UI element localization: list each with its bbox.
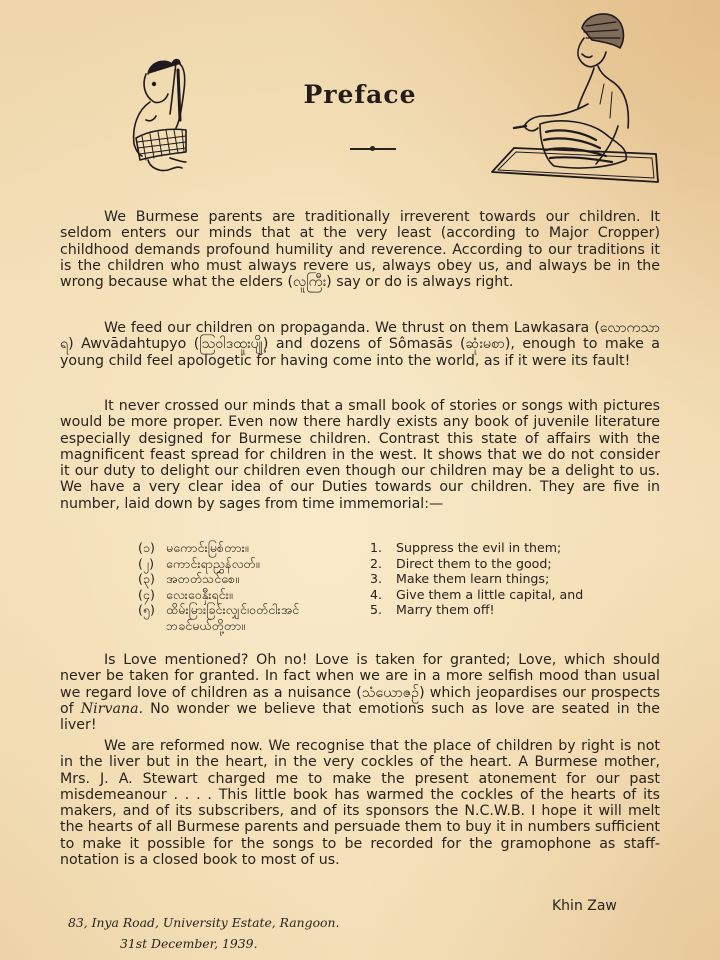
duty-text: ထိမ်းမြားခြင်းလျှင်၊ဝတ်ငါးအင် <box>166 602 299 618</box>
duty-english-item: 3. Make them learn things; <box>370 571 610 587</box>
duty-text: Direct them to the good; <box>396 556 552 572</box>
document-page: Preface <box>0 0 720 960</box>
duty-text: Marry them off! <box>396 602 495 618</box>
duty-burmese-item: (၅) ထိမ်းမြားခြင်းလျှင်၊ဝတ်ငါးအင် <box>138 602 358 618</box>
paragraph-text-part: No wonder we believe that emotions such … <box>60 701 660 733</box>
duty-text: လေးဝေနှီးရင်း။ <box>166 587 233 603</box>
duties-burmese-column: (၁) မကောင်းမြစ်တား။ (၂) ကောင်းရာညွှန်လတ်… <box>138 540 358 633</box>
duty-number: 5. <box>370 602 396 618</box>
duty-burmese-item: (၄) လေးဝေနှီးရင်း။ <box>138 587 358 603</box>
duty-burmese-item: (၃) အတတ်သင်စေ။ <box>138 571 358 587</box>
duty-text: အတတ်သင်စေ။ <box>166 571 239 587</box>
duty-burmese-item: (၂) ကောင်းရာညွှန်လတ်။ <box>138 556 358 572</box>
author-address: 83, Inya Road, University Estate, Rangoo… <box>68 912 339 954</box>
emphasis-nirvana: Nirvana. <box>81 701 143 717</box>
paragraph-text: It never crossed our minds that a small … <box>60 398 660 512</box>
seated-elder-icon <box>478 8 668 188</box>
duty-burmese-item: (၁) မကောင်းမြစ်တား။ <box>138 540 358 556</box>
duty-number: 2. <box>370 556 396 572</box>
duty-text: ဘခင်မယ်တို့တာ။ <box>166 618 245 634</box>
paragraph-text: Is Love mentioned? Oh no! Love is taken … <box>60 652 660 733</box>
duty-text: Suppress the evil in them; <box>396 540 561 556</box>
duty-english-item: 2. Direct them to the good; <box>370 556 610 572</box>
child-illustration <box>120 50 210 180</box>
duty-english-item: 4. Give them a little capital, and <box>370 587 610 603</box>
address-line: 83, Inya Road, University Estate, Rangoo… <box>68 915 339 930</box>
duty-text: ကောင်းရာညွှန်လတ်။ <box>166 556 260 572</box>
paragraph-1: We Burmese parents are traditionally irr… <box>60 209 660 290</box>
duty-text: Give them a little capital, and <box>396 587 583 603</box>
author-signature: Khin Zaw <box>552 898 617 914</box>
duty-english-item: 1. Suppress the evil in them; <box>370 540 610 556</box>
duty-text: Make them learn things; <box>396 571 549 587</box>
paragraph-text: We Burmese parents are traditionally irr… <box>60 209 660 290</box>
duty-number: (၁) <box>138 540 166 556</box>
preface-date: 31st December, 1939. <box>68 933 339 954</box>
duty-number: 3. <box>370 571 396 587</box>
duty-number: (၃) <box>138 571 166 587</box>
paragraph-5: We are reformed now. We recognise that t… <box>60 738 660 868</box>
duty-english-item: 5. Marry them off! <box>370 602 610 618</box>
duty-text: မကောင်းမြစ်တား။ <box>166 540 249 556</box>
kneeling-child-icon <box>120 50 210 180</box>
duty-burmese-continuation: ဘခင်မယ်တို့တာ။ <box>138 618 358 634</box>
duty-number: (၂) <box>138 556 166 572</box>
paragraph-text: We are reformed now. We recognise that t… <box>60 738 660 868</box>
paragraph-3: It never crossed our minds that a small … <box>60 398 660 512</box>
title-ornament-rule <box>350 148 396 150</box>
duty-number: (၄) <box>138 587 166 603</box>
duty-number: (၅) <box>138 602 166 618</box>
duties-english-column: 1. Suppress the evil in them; 2. Direct … <box>370 540 610 618</box>
elder-illustration <box>478 8 668 188</box>
duty-number: 4. <box>370 587 396 603</box>
paragraph-2: We feed our children on propaganda. We t… <box>60 320 660 369</box>
paragraph-4: Is Love mentioned? Oh no! Love is taken … <box>60 652 660 733</box>
paragraph-text: We feed our children on propaganda. We t… <box>60 320 660 369</box>
duty-number: 1. <box>370 540 396 556</box>
